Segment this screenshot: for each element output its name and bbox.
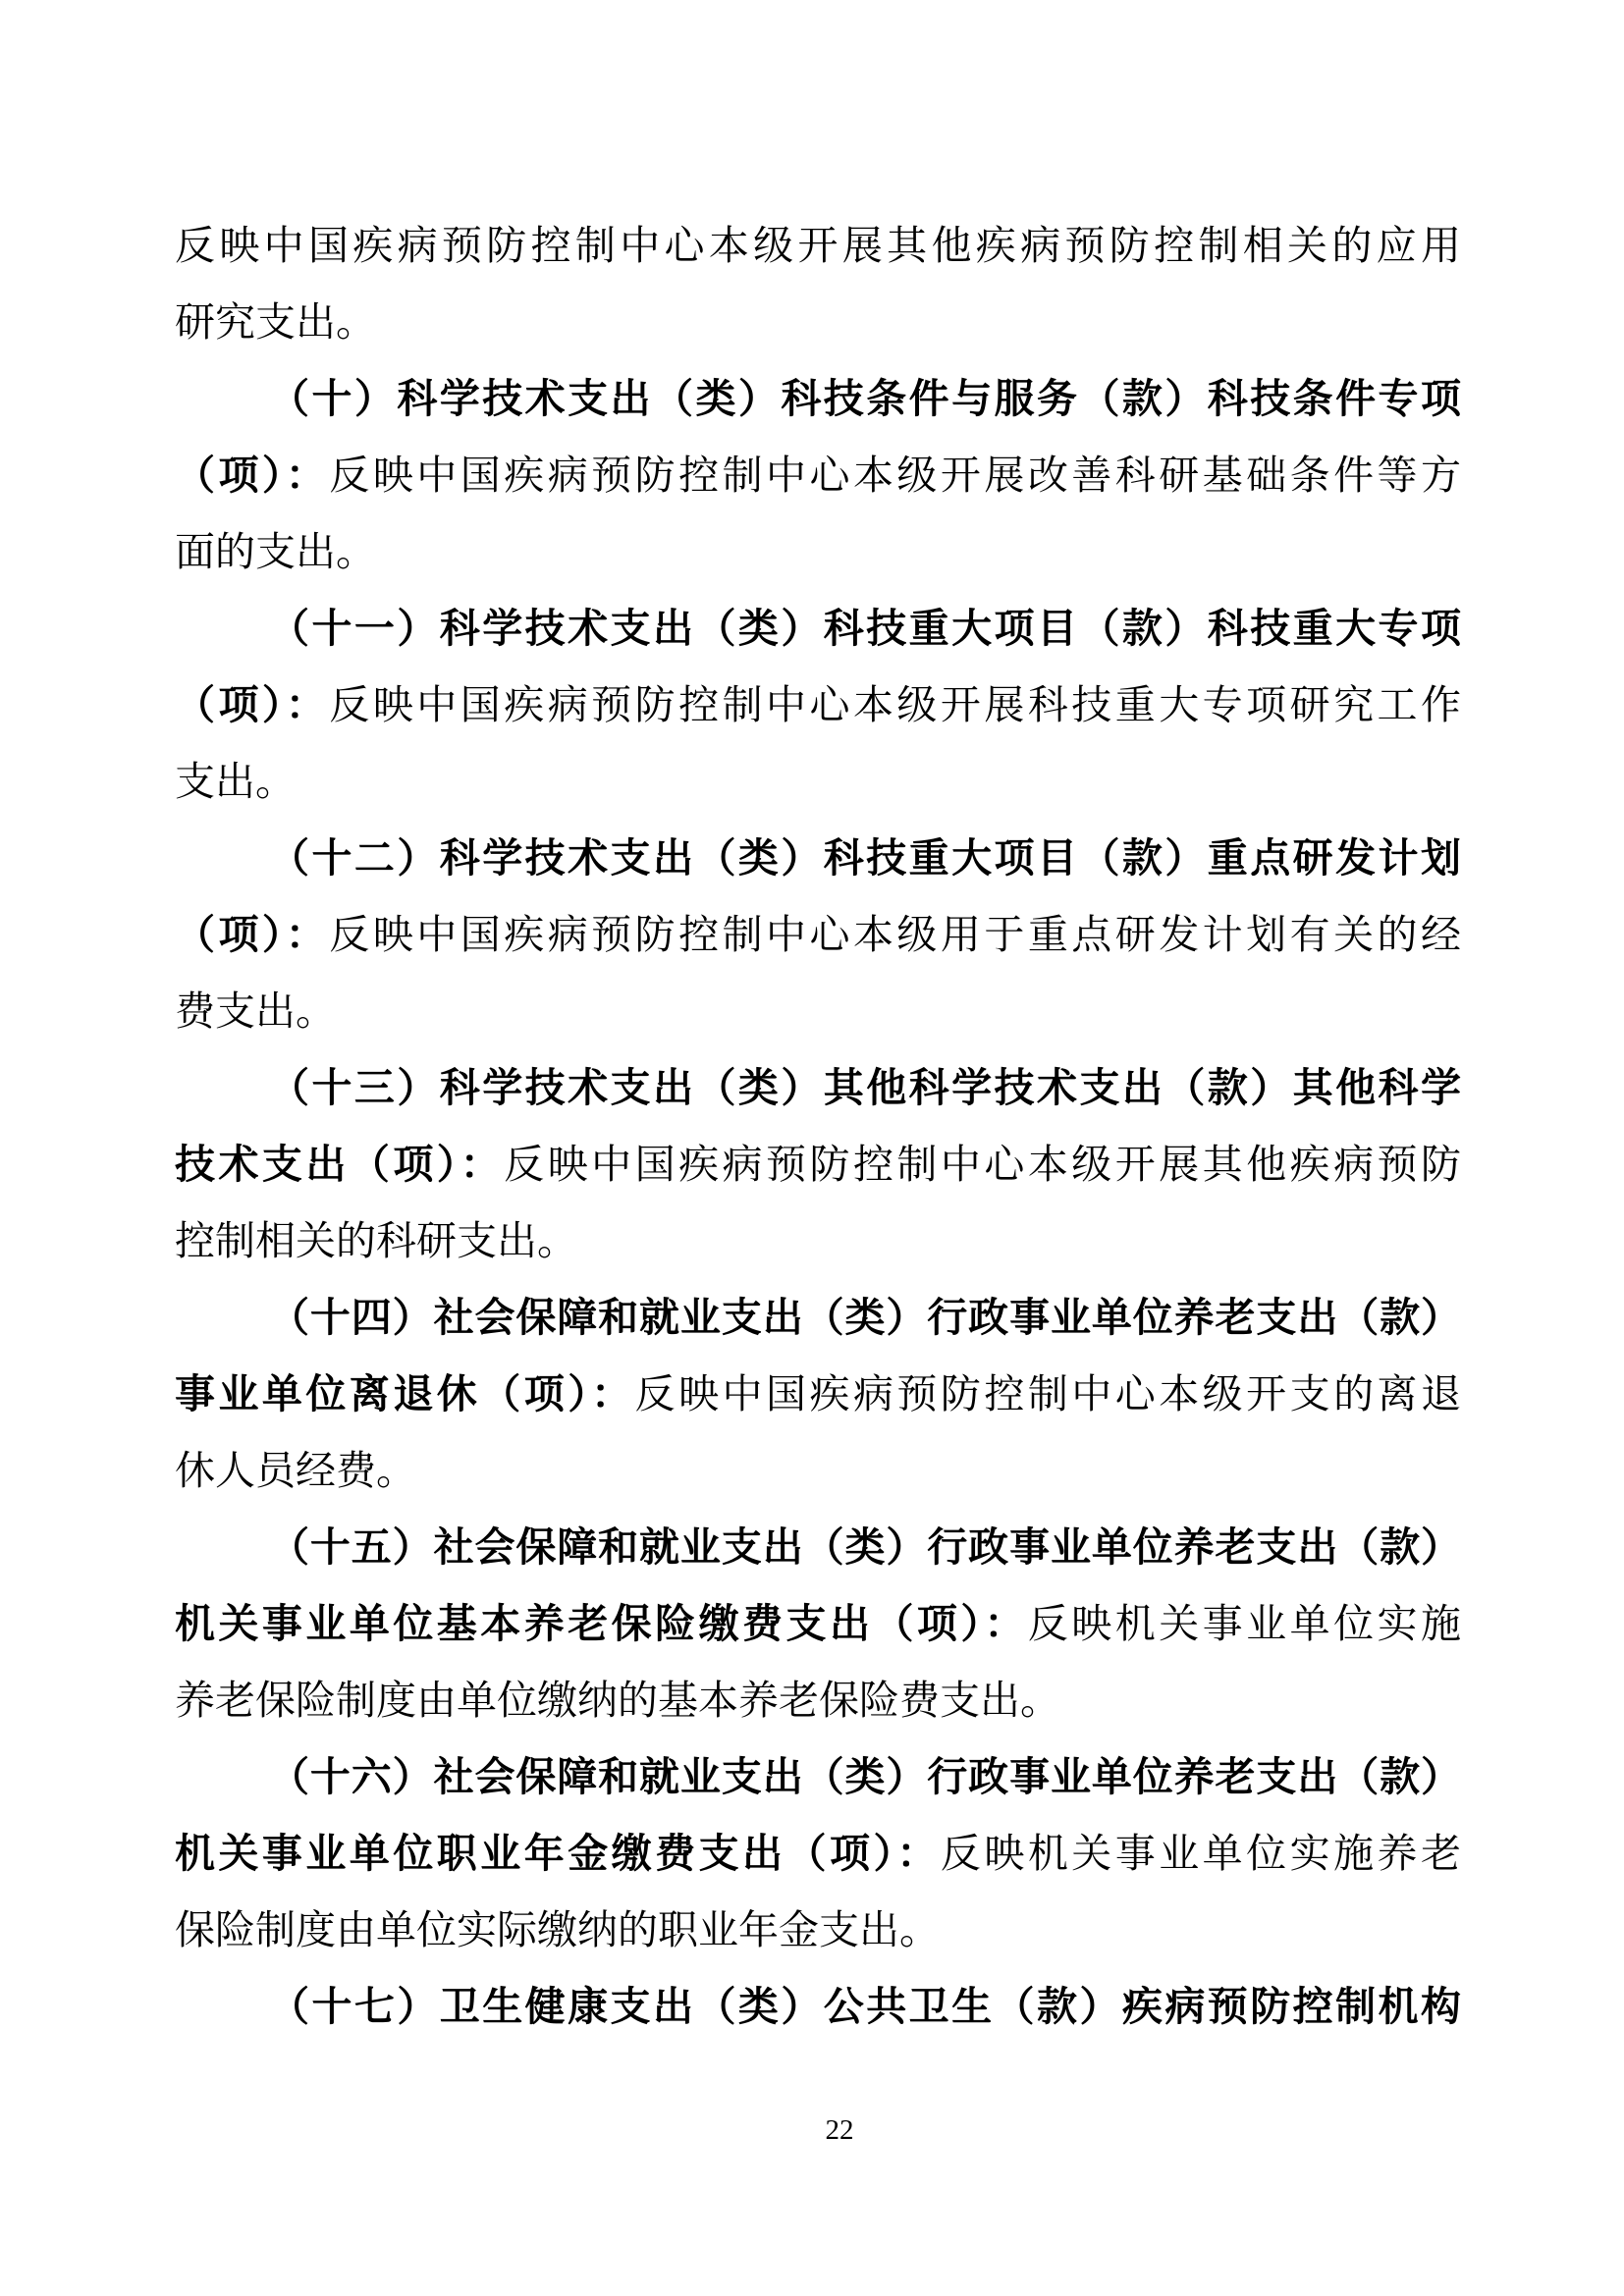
body-text-segment: 控制相关的科研支出。 — [175, 1218, 577, 1263]
document-page: 反映中国疾病预防控制中心本级开展其他疾病预防控制相关的应用研究支出。（十）科学技… — [0, 0, 1624, 2296]
body-text-segment: 反映机关事业单位实施养老 — [941, 1831, 1461, 1876]
text-line: 休人员经费。 — [175, 1432, 1461, 1509]
body-text-segment: 保险制度由单位实际缴纳的职业年金支出。 — [175, 1907, 940, 1952]
text-line: 事业单位离退休（项）：反映中国疾病预防控制中心本级开支的离退 — [175, 1356, 1461, 1432]
text-line: （十四）社会保障和就业支出（类）行政事业单位养老支出（款） — [175, 1279, 1461, 1356]
text-line: 反映中国疾病预防控制中心本级开展其他疾病预防控制相关的应用 — [175, 207, 1461, 284]
heading-text-segment: （十四）社会保障和就业支出（类）行政事业单位养老支出（款） — [269, 1295, 1461, 1340]
heading-text-segment: （十一）科学技术支出（类）科技重大项目（款）科技重大专项 — [269, 606, 1461, 651]
text-line: 机关事业单位职业年金缴费支出（项）：反映机关事业单位实施养老 — [175, 1815, 1461, 1892]
heading-text-segment: （项）： — [175, 912, 329, 957]
heading-text-segment: 事业单位离退休（项）： — [175, 1371, 635, 1416]
text-line: （项）：反映中国疾病预防控制中心本级用于重点研发计划有关的经 — [175, 896, 1461, 973]
body-text-segment: 反映中国疾病预防控制中心本级开支的离退 — [635, 1371, 1461, 1416]
text-line: （十二）科学技术支出（类）科技重大项目（款）重点研发计划 — [175, 820, 1461, 896]
document-body: 反映中国疾病预防控制中心本级开展其他疾病预防控制相关的应用研究支出。（十）科学技… — [175, 207, 1461, 2045]
body-text-segment: 研究支出。 — [175, 299, 376, 345]
body-text-segment: 反映中国疾病预防控制中心本级开展科技重大专项研究工作 — [329, 682, 1461, 727]
body-text-segment: 反映中国疾病预防控制中心本级开展其他疾病预防 — [504, 1142, 1461, 1187]
text-line: 技术支出（项）：反映中国疾病预防控制中心本级开展其他疾病预防 — [175, 1126, 1461, 1202]
text-line: （项）：反映中国疾病预防控制中心本级开展科技重大专项研究工作 — [175, 667, 1461, 743]
body-text-segment: 反映机关事业单位实施 — [1028, 1601, 1461, 1646]
text-line: （十五）社会保障和就业支出（类）行政事业单位养老支出（款） — [175, 1509, 1461, 1585]
text-line: 支出。 — [175, 743, 1461, 820]
body-text-segment: 养老保险制度由单位缴纳的基本养老保险费支出。 — [175, 1678, 1060, 1723]
page-number: 22 — [826, 2114, 854, 2146]
body-text-segment: 反映中国疾病预防控制中心本级用于重点研发计划有关的经 — [329, 912, 1461, 957]
text-line: 面的支出。 — [175, 513, 1461, 590]
text-line: 研究支出。 — [175, 284, 1461, 360]
text-line: （十一）科学技术支出（类）科技重大项目（款）科技重大专项 — [175, 590, 1461, 667]
heading-text-segment: （十三）科学技术支出（类）其他科学技术支出（款）其他科学 — [269, 1065, 1461, 1110]
text-line: （十六）社会保障和就业支出（类）行政事业单位养老支出（款） — [175, 1738, 1461, 1815]
text-line: （十七）卫生健康支出（类）公共卫生（款）疾病预防控制机构 — [175, 1968, 1461, 2045]
body-text-segment: 面的支出。 — [175, 529, 376, 574]
text-line: （十）科学技术支出（类）科技条件与服务（款）科技条件专项 — [175, 360, 1461, 437]
text-line: 费支出。 — [175, 973, 1461, 1049]
text-line: 保险制度由单位实际缴纳的职业年金支出。 — [175, 1892, 1461, 1968]
page-footer: 22 — [0, 2110, 1624, 2150]
text-line: 控制相关的科研支出。 — [175, 1202, 1461, 1279]
heading-text-segment: 机关事业单位职业年金缴费支出（项）： — [175, 1831, 941, 1876]
heading-text-segment: 机关事业单位基本养老保险缴费支出（项）： — [175, 1601, 1028, 1646]
body-text-segment: 支出。 — [175, 759, 296, 804]
text-line: （十三）科学技术支出（类）其他科学技术支出（款）其他科学 — [175, 1049, 1461, 1126]
heading-text-segment: （十六）社会保障和就业支出（类）行政事业单位养老支出（款） — [269, 1754, 1461, 1799]
body-text-segment: 反映中国疾病预防控制中心本级开展其他疾病预防控制相关的应用 — [175, 223, 1461, 268]
text-line: 养老保险制度由单位缴纳的基本养老保险费支出。 — [175, 1662, 1461, 1738]
heading-text-segment: （十七）卫生健康支出（类）公共卫生（款）疾病预防控制机构 — [269, 1984, 1461, 2029]
heading-text-segment: （十）科学技术支出（类）科技条件与服务（款）科技条件专项 — [269, 376, 1461, 421]
body-text-segment: 反映中国疾病预防控制中心本级开展改善科研基础条件等方 — [329, 453, 1461, 498]
text-line: （项）：反映中国疾病预防控制中心本级开展改善科研基础条件等方 — [175, 437, 1461, 513]
heading-text-segment: （十二）科学技术支出（类）科技重大项目（款）重点研发计划 — [269, 835, 1461, 881]
heading-text-segment: 技术支出（项）： — [175, 1142, 504, 1187]
body-text-segment: 费支出。 — [175, 988, 336, 1034]
body-text-segment: 休人员经费。 — [175, 1448, 416, 1493]
text-line: 机关事业单位基本养老保险缴费支出（项）：反映机关事业单位实施 — [175, 1585, 1461, 1662]
heading-text-segment: （项）： — [175, 453, 329, 498]
heading-text-segment: （项）： — [175, 682, 329, 727]
heading-text-segment: （十五）社会保障和就业支出（类）行政事业单位养老支出（款） — [269, 1524, 1461, 1570]
